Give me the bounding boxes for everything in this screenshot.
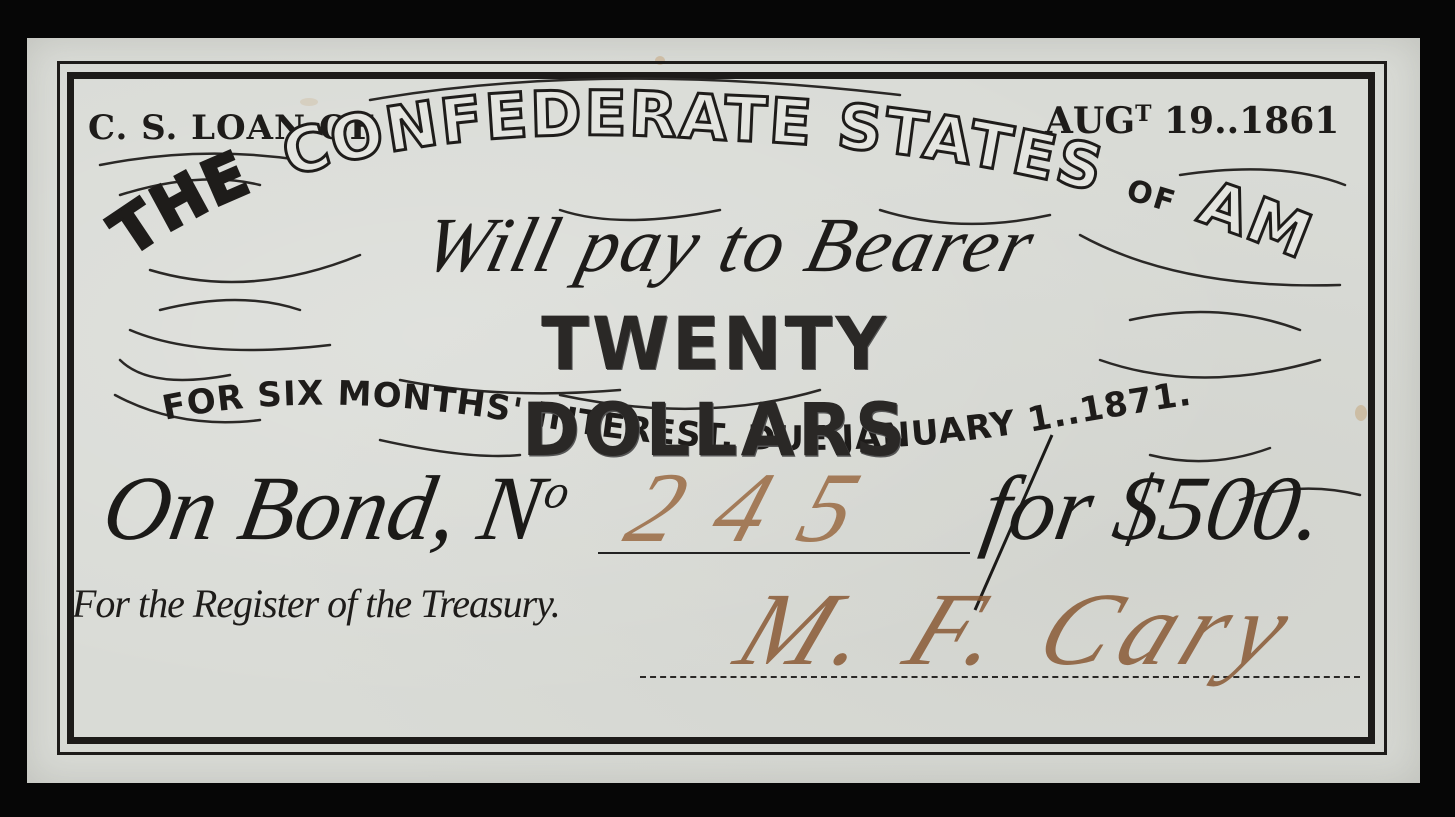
bond-label: On Bond, No (96, 455, 576, 561)
payee-line: Will pay to Bearer (379, 200, 1081, 290)
bond-prefix: On Bond, N (96, 457, 551, 559)
amount-in-words: TWENTY DOLLARS (365, 301, 1065, 473)
bond-number-rule (598, 552, 970, 554)
bond-amount: for $500. (976, 455, 1332, 561)
bond-number-handwritten: 245 (613, 450, 970, 565)
register-label: For the Register of the Treasury. (72, 580, 560, 627)
register-signature: M. F. Cary (721, 570, 1318, 689)
